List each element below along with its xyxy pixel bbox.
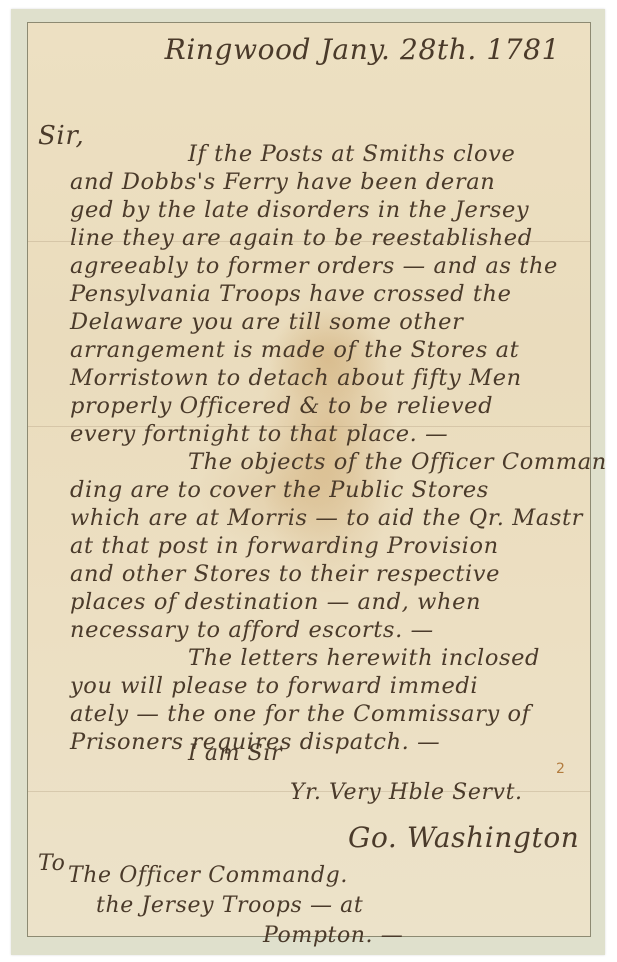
body-line: arrangement is made of the Stores at: [70, 337, 519, 363]
body-line: and Dobbs's Ferry have been deran: [70, 169, 495, 195]
address-line: The Officer Commandg.: [68, 863, 348, 888]
body-line: and other Stores to their respective: [70, 561, 500, 587]
salutation: Sir,: [38, 121, 84, 151]
complimentary-close: I am Sir: [188, 741, 282, 766]
body-line: The objects of the Officer Comman: [188, 449, 607, 475]
body-line: ding are to cover the Public Stores: [70, 477, 489, 503]
body-line: Pensylvania Troops have crossed the: [70, 281, 512, 307]
body-line: ged by the late disorders in the Jersey: [70, 197, 529, 223]
dateline: Ringwood Jany. 28th. 1781: [165, 33, 560, 66]
letter-page: Ringwood Jany. 28th. 1781 Sir, If the Po…: [27, 22, 591, 937]
body-line: places of destination — and, when: [70, 589, 481, 615]
body-line: properly Officered & to be relieved: [70, 393, 493, 419]
body-line: If the Posts at Smiths clove: [188, 141, 515, 167]
body-line: The letters herewith inclosed: [188, 645, 540, 671]
body-line: line they are again to be reestablished: [70, 225, 533, 251]
complimentary-close-servant: Yr. Very Hble Servt.: [290, 780, 523, 805]
body-line: at that post in forwarding Provision: [70, 533, 499, 559]
body-line: you will please to forward immedi: [70, 673, 478, 699]
address-line: Pompton. —: [263, 923, 403, 948]
body-line: agreeably to former orders — and as the: [70, 253, 558, 279]
address-prefix: To: [38, 851, 65, 876]
address-line: the Jersey Troops — at: [96, 893, 363, 918]
body-line: necessary to afford escorts. —: [70, 617, 434, 643]
body-line: Morristown to detach about fifty Men: [70, 365, 522, 391]
body-line: Delaware you are till some other: [70, 309, 463, 335]
signature: Go. Washington: [348, 821, 579, 854]
body-line: ately — the one for the Commissary of: [70, 701, 531, 727]
body-line: which are at Morris — to aid the Qr. Mas…: [70, 505, 583, 531]
margin-note: 2: [556, 761, 565, 777]
body-line: every fortnight to that place. —: [70, 421, 448, 447]
